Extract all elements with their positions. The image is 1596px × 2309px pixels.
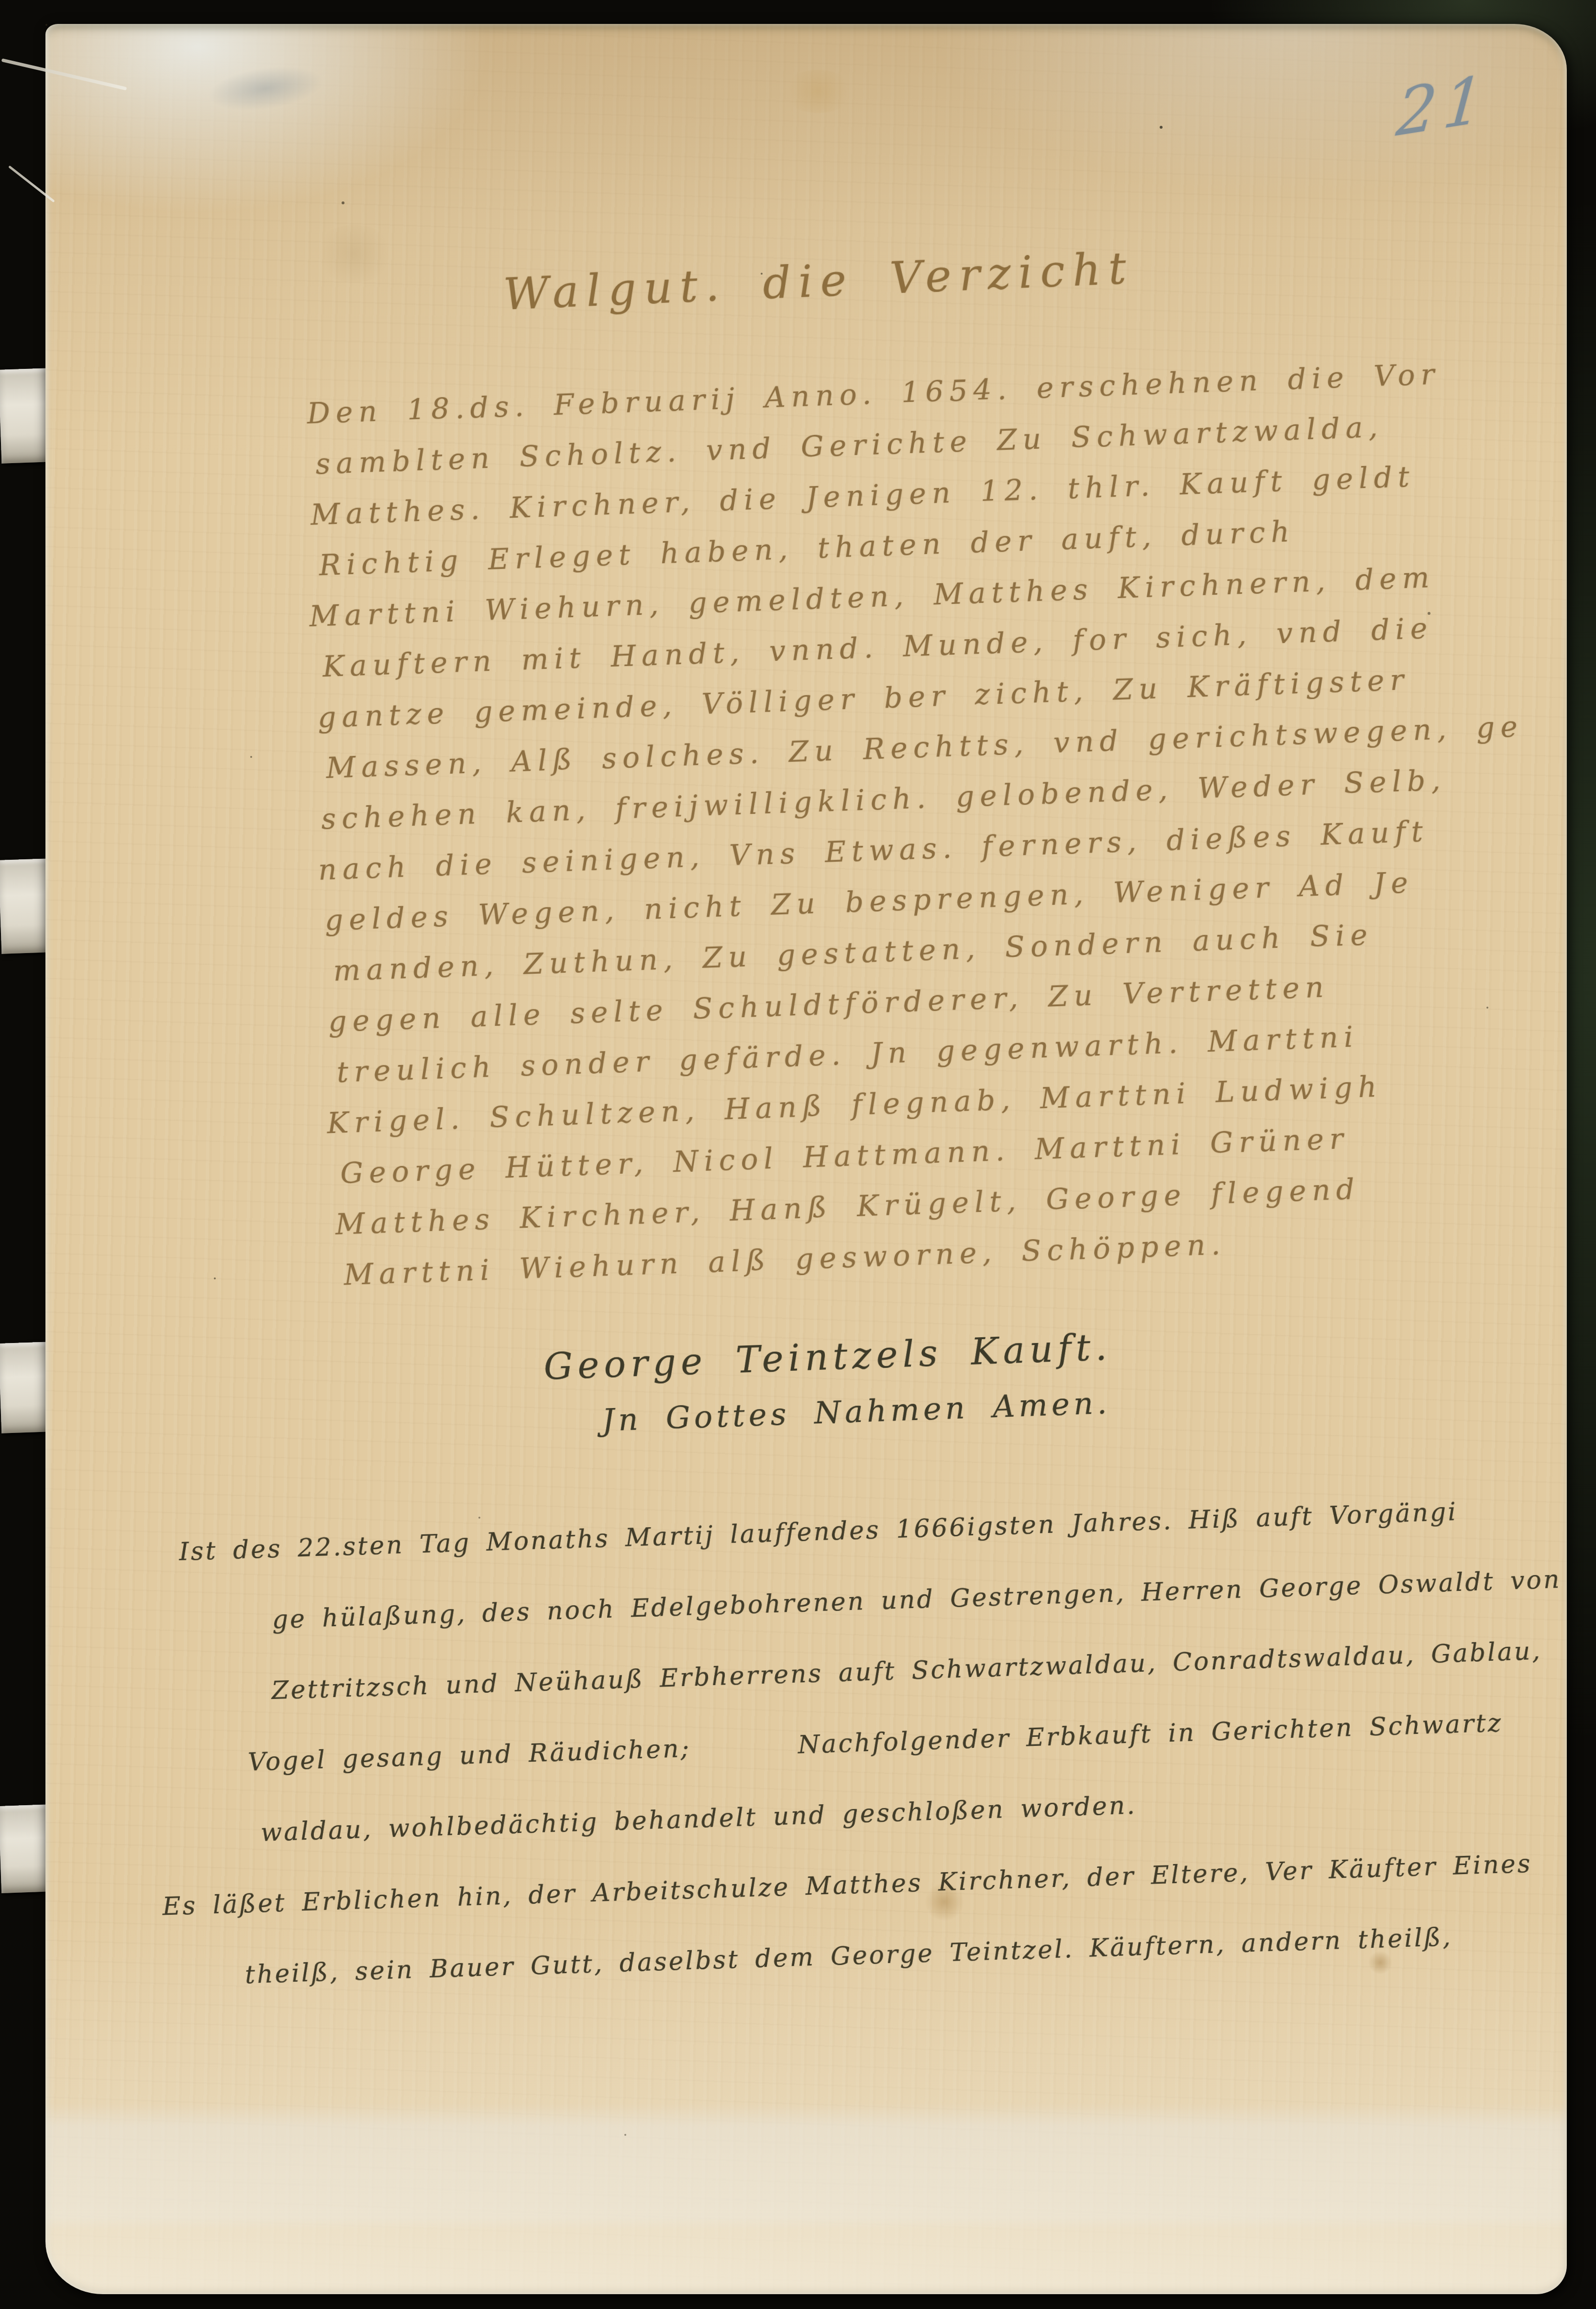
pencil-smudge (206, 60, 325, 117)
document-title: Walgut. die Verzicht (502, 243, 1135, 320)
paper-specks (45, 24, 47, 26)
erbkauf-entry-paragraph: Ist des 22.sten Tag Monaths Martij lauff… (148, 1473, 1574, 2013)
paper-stain (313, 225, 395, 282)
folio-number: 21 (1394, 61, 1493, 151)
kauf-heading-invocation: Jn Gottes Nahmen Amen. (601, 1385, 1114, 1438)
kauf-heading-title: George Teintzels Kauft. (543, 1326, 1112, 1388)
kauf-heading: George Teintzels Kauft. Jn Gottes Nahmen… (543, 1326, 1114, 1441)
paper-stain (782, 70, 854, 113)
manuscript-page: 21 Walgut. die Verzicht Den 18.ds. Febru… (45, 24, 1567, 2294)
walgut-entry-paragraph: Den 18.ds. Februarij Anno. 1654. erscheh… (306, 346, 1542, 1301)
